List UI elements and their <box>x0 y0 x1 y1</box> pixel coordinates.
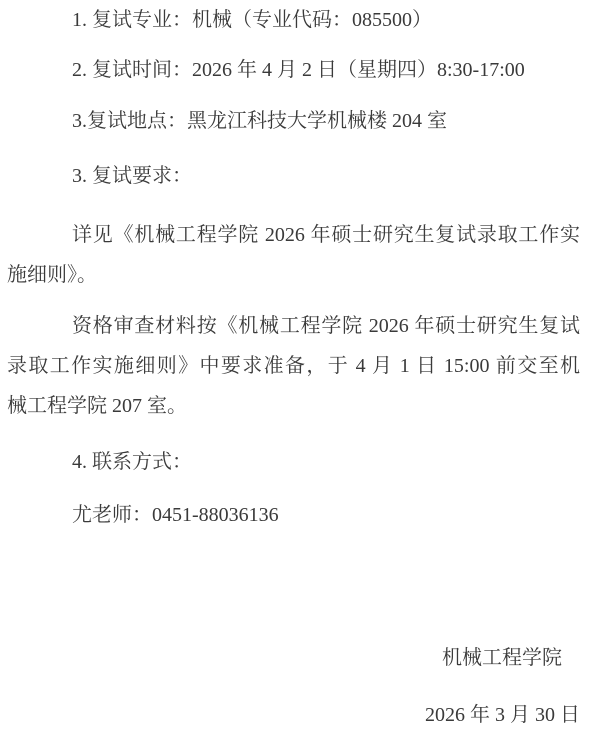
paragraph-detail-line-2: 施细则》。 <box>7 255 580 295</box>
paragraph-detail-line-1: 详见《机械工程学院 2026 年硕士研究生复试录取工作实 <box>7 215 580 255</box>
paragraph-materials-line-3: 械工程学院 207 室。 <box>7 386 580 426</box>
list-item-time: 2. 复试时间：2026 年 4 月 2 日（星期四）8:30-17:00 <box>7 50 580 90</box>
signature-date: 2026 年 3 月 30 日 <box>7 695 580 735</box>
signature-unit: 机械工程学院 <box>7 638 580 678</box>
document-page: 1. 复试专业：机械（专业代码：085500） 2. 复试时间：2026 年 4… <box>0 0 609 743</box>
paragraph-materials-line-1: 资格审查材料按《机械工程学院 2026 年硕士研究生复试 <box>7 306 580 346</box>
list-item-contact: 4. 联系方式： <box>7 442 580 482</box>
list-item-major: 1. 复试专业：机械（专业代码：085500） <box>7 0 580 40</box>
list-item-location: 3.复试地点：黑龙江科技大学机械楼 204 室 <box>7 101 580 141</box>
list-item-requirements: 3. 复试要求： <box>7 156 580 196</box>
contact-phone: 尤老师：0451-88036136 <box>7 495 580 535</box>
paragraph-materials-line-2: 录取工作实施细则》中要求准备，于 4 月 1 日 15:00 前交至机 <box>7 346 580 386</box>
